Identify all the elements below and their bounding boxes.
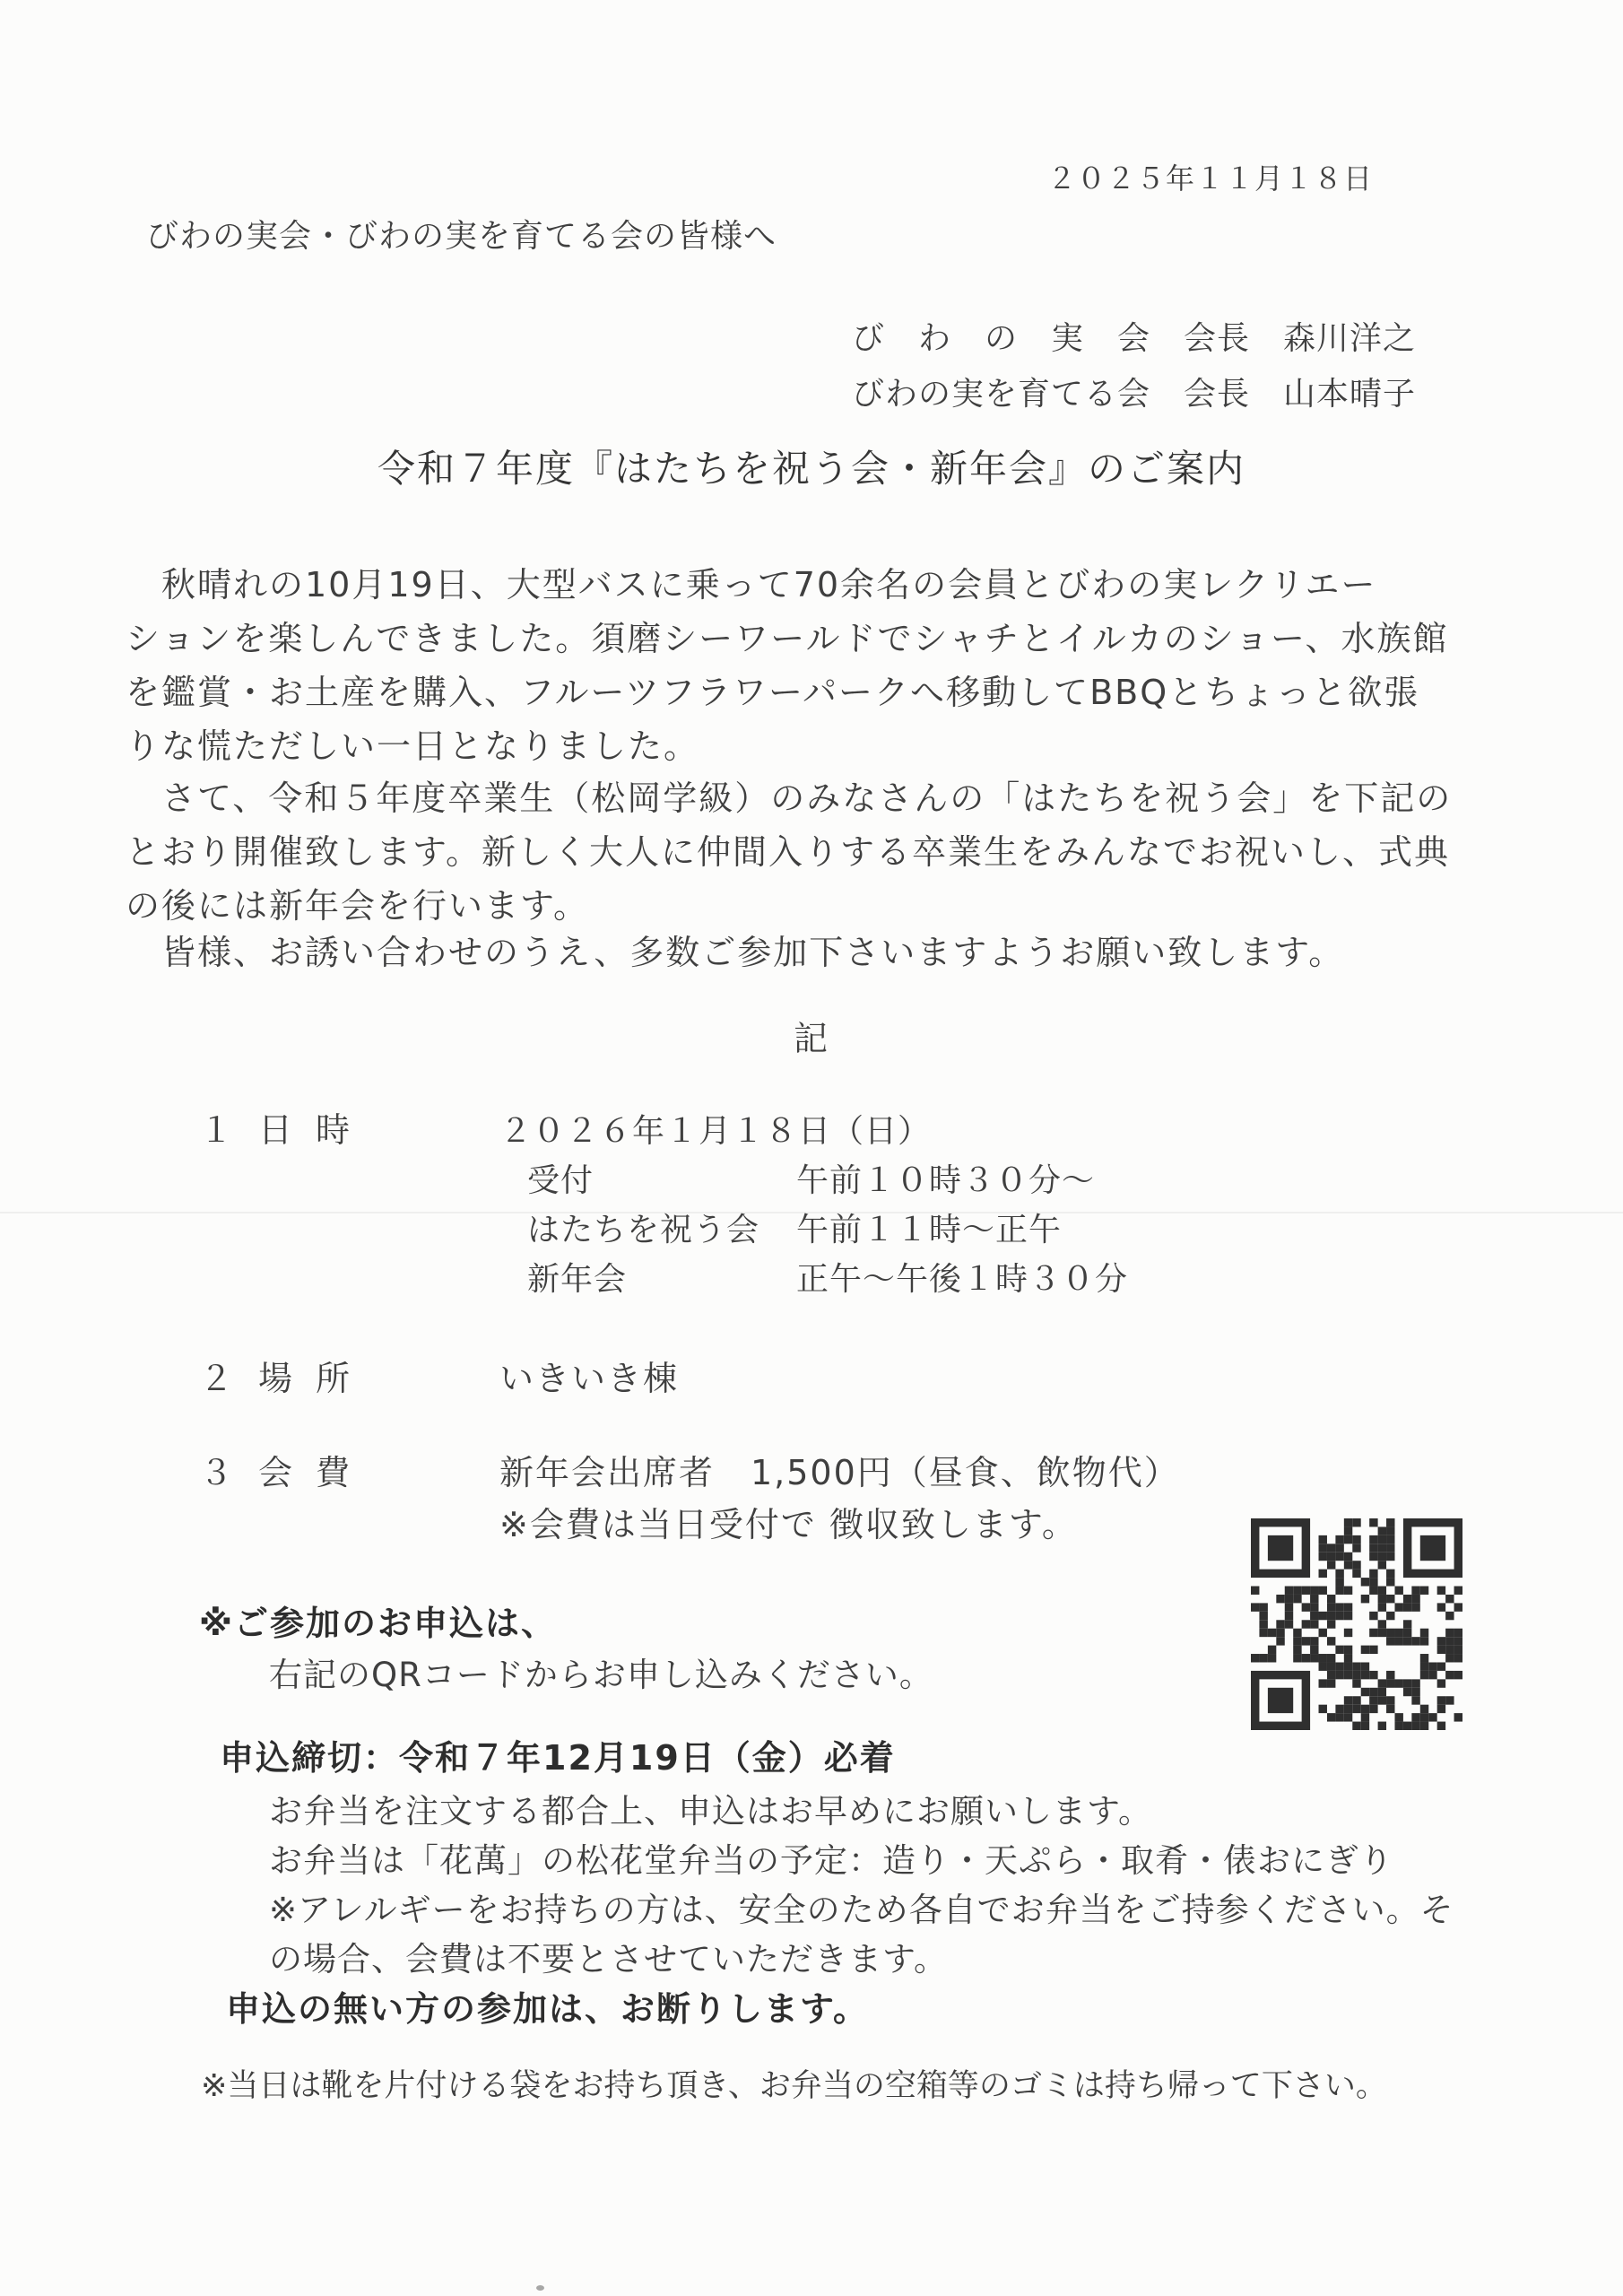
- schedule-row3-label: 新年会: [527, 1260, 627, 1299]
- sender-line-1: び わ の 実 会 会長 森川洋之: [852, 319, 1416, 358]
- qr-code-image: [1251, 1518, 1462, 1730]
- qr-code: [1251, 1518, 1462, 1730]
- item3-value: 新年会出席者 1,500円（昼食、飲物代）: [499, 1453, 1180, 1494]
- page-title: 令和７年度『はたちを祝う会・新年会』のご案内: [0, 447, 1623, 491]
- application-warning: 申込の無い方の参加は、お断りします。: [226, 1989, 869, 2031]
- application-deadline: 申込締切：令和７年12月19日（金）必着: [220, 1738, 896, 1779]
- item2-label: 場 所: [258, 1359, 344, 1400]
- application-qr-instruction: 右記のQRコードからお申し込みください。: [269, 1656, 933, 1695]
- body-paragraph3: 皆様、お誘い合わせのうえ、多数ご参加下さいますようお願い致します。: [126, 933, 1344, 974]
- ki-heading: 記: [0, 1019, 1623, 1060]
- addressee-line: びわの実会・びわの実を育てる会の皆様へ: [146, 217, 777, 256]
- item1-number: １: [199, 1110, 235, 1152]
- scan-artifact-line: [0, 1212, 1623, 1213]
- fee-note: ※会費は当日受付で 徴収致します。: [499, 1505, 1078, 1546]
- body-paragraph2-line2: とおり開催致します。新しく大人に仲間入りする卒業生をみんなでお祝いし、式典: [126, 832, 1450, 874]
- item3-number: ３: [199, 1453, 235, 1494]
- scanned-letter-page: ２０２５年１１月１８日 びわの実会・びわの実を育てる会の皆様へ び わ の 実 …: [0, 0, 1623, 2296]
- body-paragraph1-line1: 秋晴れの10月19日、大型バスに乗って70余名の会員とびわの実レクリエー: [126, 565, 1377, 606]
- item1-value: ２０２６年１月１８日（日）: [499, 1112, 931, 1151]
- document-date: ２０２５年１１月１８日: [1047, 161, 1373, 196]
- body-paragraph1-line2: ションを楽しんできました。須磨シーワールドでシャチとイルカのショー、水族館: [126, 619, 1448, 660]
- schedule-row1-time: 午前１０時３０分～: [796, 1161, 1095, 1200]
- application-heading: ※ご参加のお申込は、: [199, 1604, 557, 1645]
- body-paragraph1-line3: を鑑賞・お土産を購入、フルーツフラワーパークへ移動してBBQとちょっと欲張: [126, 673, 1419, 714]
- application-note1: お弁当を注文する都合上、申込はお早めにお願いします。: [269, 1792, 1152, 1831]
- application-note3-line1: ※アレルギーをお持ちの方は、安全のため各自でお弁当をご持参ください。そ: [269, 1891, 1454, 1930]
- application-note2: お弁当は「花萬」の松花堂弁当の予定：造り・天ぷら・取肴・俵おにぎり: [269, 1841, 1393, 1881]
- schedule-row1-label: 受付: [527, 1161, 594, 1200]
- item3-label: 会 費: [258, 1453, 344, 1494]
- schedule-row2-label: はたちを祝う会: [527, 1211, 759, 1249]
- application-note3-line2: の場合、会費は不要とさせていただきます。: [269, 1940, 948, 1979]
- item2-number: ２: [199, 1359, 235, 1400]
- item2-value: いきいき棟: [499, 1359, 679, 1400]
- schedule-row2-time: 午前１１時～正午: [796, 1211, 1062, 1249]
- footer-note: ※当日は靴を片付ける袋をお持ち頂き、お弁当の空箱等のゴミは持ち帰って下さい。: [201, 2067, 1387, 2105]
- body-paragraph1-line4: りな慌ただしい一日となりました。: [126, 726, 699, 768]
- sender-line-2: びわの実を育てる会 会長 山本晴子: [852, 375, 1416, 413]
- scan-speck: [536, 2285, 544, 2291]
- schedule-row3-time: 正午～午後１時３０分: [796, 1260, 1128, 1299]
- body-paragraph2-line3: の後には新年会を行います。: [126, 886, 589, 927]
- body-paragraph2-line1: さて、令和５年度卒業生（松岡学級）のみなさんの「はたちを祝う会」を下記の: [126, 778, 1452, 820]
- item1-label: 日 時: [258, 1110, 344, 1152]
